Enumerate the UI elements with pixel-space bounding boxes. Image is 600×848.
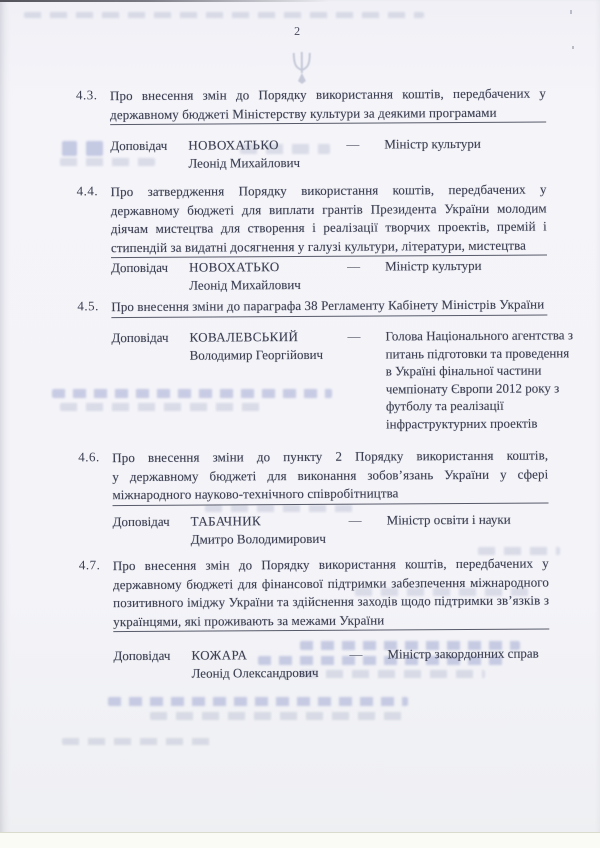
speaker-row-4-5: Доповідач КОВАЛЕВСЬКИЙ Володимир Георгій…	[111, 326, 578, 434]
agenda-item-4-6: 4.6. Про внесення зміни до пункту 2 Поря…	[78, 446, 548, 505]
speaker-row-4-7: Доповідач КОЖАРА Леонід Олександрович — …	[113, 644, 579, 683]
speaker-name: НОВОХАТЬКО Леонід Михайлович	[189, 258, 347, 295]
speaker-name: ТАБАЧНИК Дмитро Володимирович	[191, 512, 349, 549]
title-line-underlined: Про внесення зміни до параграфа 38 Регла…	[111, 295, 547, 317]
speaker-role: Міністр закордонних справ	[387, 644, 579, 681]
title-line: Про внесення змін до Порядку використанн…	[113, 554, 549, 575]
speaker-given-name: Леонід Михайлович	[189, 276, 347, 295]
speaker-surname: НОВОХАТЬКО	[189, 258, 347, 277]
item-number: 4.5.	[77, 298, 99, 314]
speaker-label: Доповідач	[113, 513, 191, 549]
item-title: Про внесення зміни до пункту 2 Порядку в…	[112, 446, 548, 505]
speaker-row-4-4: Доповідач НОВОХАТЬКО Леонід Михайлович —…	[111, 256, 577, 295]
title-line: Про внесення зміни до пункту 2 Порядку в…	[112, 446, 548, 467]
speaker-label: Доповідач	[113, 647, 191, 683]
dash: —	[346, 135, 384, 171]
speaker-label: Доповідач	[111, 329, 190, 434]
speaker-surname: КОВАЛЕВСЬКИЙ	[189, 328, 347, 347]
dash: —	[349, 645, 387, 681]
title-line: Про внесення змін до Порядку використанн…	[110, 84, 546, 105]
title-line: діячам мистецтва для створення і реаліза…	[111, 217, 547, 238]
title-line-underlined: міжнародного науково-технічного співробі…	[112, 483, 548, 505]
dash: —	[347, 327, 386, 432]
item-number: 4.7.	[79, 557, 101, 573]
scanned-document-page: 2 4.3. Про внесення змін до Порядку вико…	[0, 0, 600, 848]
agenda-item-4-4: 4.4. Про затвердження Порядку використан…	[77, 180, 547, 258]
speaker-role: Міністр освіти і науки	[387, 510, 579, 547]
dash: —	[349, 511, 387, 547]
agenda-item-4-5: 4.5. Про внесення зміни до параграфа 38 …	[77, 295, 547, 317]
title-line: Про затвердження Порядку використання ко…	[111, 180, 547, 201]
speaker-label: Доповідач	[111, 259, 189, 295]
speaker-surname: КОЖАРА	[191, 646, 349, 665]
item-number: 4.3.	[76, 87, 98, 103]
speaker-row-4-3: Доповідач НОВОХАТЬКО Леонід Михайлович —…	[110, 134, 576, 173]
item-number: 4.6.	[78, 449, 100, 465]
speaker-role: Голова Національного агентства з питань …	[385, 326, 578, 432]
speaker-name: КОЖАРА Леонід Олександрович	[191, 646, 349, 683]
speaker-role: Міністр культури	[385, 256, 577, 293]
title-line: позитивного іміджу України та здійснення…	[113, 591, 549, 612]
speaker-surname: ТАБАЧНИК	[191, 512, 349, 531]
speaker-given-name: Леонід Олександрович	[191, 664, 349, 683]
speaker-name: НОВОХАТЬКО Леонід Михайлович	[188, 136, 346, 173]
scan-bottom-edge	[0, 832, 600, 848]
trident-emblem-watermark	[289, 51, 315, 85]
speaker-surname: НОВОХАТЬКО	[188, 136, 346, 155]
agenda-item-4-3: 4.3. Про внесення змін до Порядку викори…	[76, 84, 546, 125]
speaker-given-name: Володимир Георгійович	[190, 346, 348, 365]
speaker-row-4-6: Доповідач ТАБАЧНИК Дмитро Володимирович …	[113, 510, 579, 549]
title-line: у державному бюджеті для виконання зобов…	[112, 465, 548, 486]
item-title: Про затвердження Порядку використання ко…	[111, 180, 547, 258]
agenda-item-4-7: 4.7. Про внесення змін до Порядку викори…	[79, 554, 549, 632]
title-line-underlined: державному бюджеті Міністерству культури…	[110, 103, 546, 125]
item-title: Про внесення змін до Порядку використанн…	[110, 84, 546, 125]
speaker-role: Міністр культури	[384, 134, 576, 171]
page-number: 2	[0, 22, 598, 41]
title-line-underlined: стипендій за видатні досягнення у галузі…	[111, 236, 547, 258]
speaker-label: Доповідач	[110, 137, 188, 173]
speaker-given-name: Дмитро Володимирович	[191, 530, 349, 549]
speaker-name: КОВАЛЕВСЬКИЙ Володимир Георгійович	[189, 328, 348, 434]
item-title: Про внесення змін до Порядку використанн…	[113, 554, 549, 632]
item-title: Про внесення зміни до параграфа 38 Регла…	[111, 295, 547, 317]
speaker-given-name: Леонід Михайлович	[188, 154, 346, 173]
title-line-underlined: українцями, які проживають за межами Укр…	[113, 610, 549, 632]
item-number: 4.4.	[77, 183, 99, 199]
dash: —	[347, 257, 385, 293]
page-content: 2 4.3. Про внесення змін до Порядку вико…	[0, 0, 600, 848]
